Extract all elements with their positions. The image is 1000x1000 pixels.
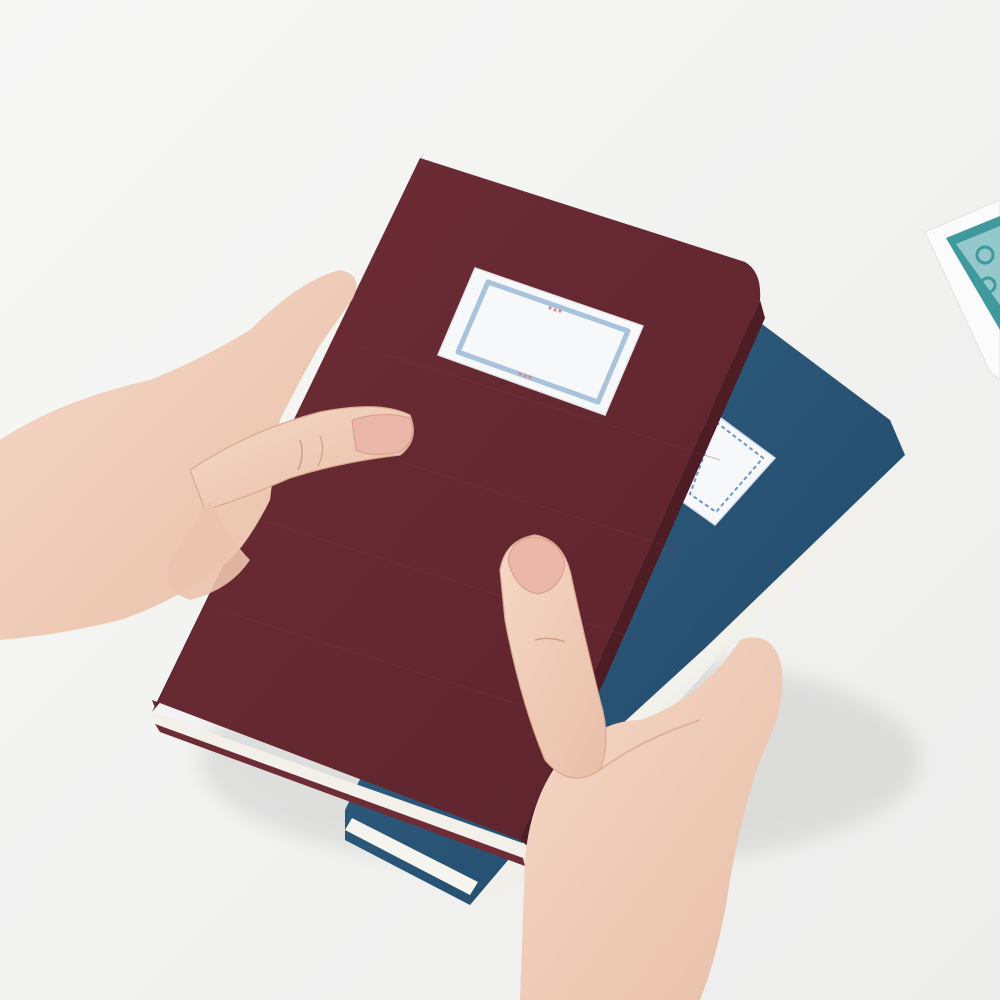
product-photo-scene bbox=[0, 0, 1000, 1000]
nail-left-index bbox=[352, 414, 412, 454]
